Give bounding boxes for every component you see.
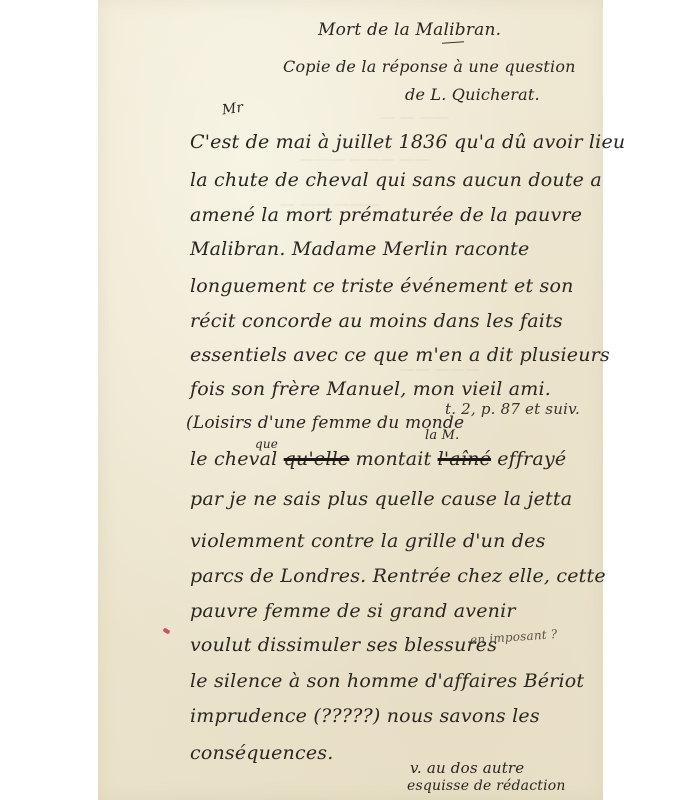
salutation: Mr xyxy=(221,100,244,119)
body-line: C'est de mai à juillet 1836 qu'a dû avoi… xyxy=(190,131,625,153)
body-line-fragment: le cheval xyxy=(190,448,284,470)
body-line: par je ne sais plus quelle cause la jett… xyxy=(190,488,572,510)
inserted-name: Bériot xyxy=(524,670,585,692)
body-line: essentiels avec ce que m'en a dit plusie… xyxy=(190,344,610,366)
body-line: la chute de cheval qui sans aucun doute … xyxy=(190,169,602,191)
footer-note: v. au dos autre xyxy=(410,759,524,777)
body-line: récit concorde au moins dans les faits xyxy=(190,310,563,332)
body-line: amené la mort prématurée de la pauvre xyxy=(190,204,582,226)
body-line: imprudence (?????) nous savons les xyxy=(190,705,540,727)
reference-annotation: t. 2, p. 87 et suiv. xyxy=(445,400,580,418)
body-line: parcs de Londres. Rentrée chez elle, cet… xyxy=(190,565,606,587)
body-line: voulut dissimuler ses blessures xyxy=(190,634,497,656)
body-line: violemment contre la grille d'un des xyxy=(190,530,546,552)
bleed-through-text: — — —— xyxy=(380,108,450,126)
body-line: (Loisirs d'une femme du monde xyxy=(186,413,464,433)
letter-title: Mort de la Malibran. xyxy=(318,20,501,40)
body-line: conséquences. xyxy=(190,742,333,764)
body-line-fragment: le silence à son homme d'affaires xyxy=(190,670,517,692)
body-line: le silence à son homme d'affaires Bériot xyxy=(190,670,584,692)
letter-subtitle: Copie de la réponse à une question xyxy=(283,57,576,76)
scan-frame: — — —— ——— ——— —— — —— ——— —— ——— Mort d… xyxy=(0,0,700,800)
struck-word: l'aîné xyxy=(438,448,491,470)
body-line-fragment: montait xyxy=(349,448,437,470)
body-line: longuement ce triste événement et son xyxy=(190,275,574,297)
struck-word: qu'elle xyxy=(284,448,350,470)
body-line: Malibran. Madame Merlin raconte xyxy=(190,238,529,260)
letter-subtitle-author: de L. Quicherat. xyxy=(405,85,540,104)
body-line-with-corrections: le cheval qu'elle montait l'aîné effrayé xyxy=(190,448,566,470)
body-line: pauvre femme de si grand avenir xyxy=(190,600,516,622)
interlinear-correction: la M. xyxy=(425,428,459,443)
body-line: fois son frère Manuel, mon vieil ami. xyxy=(190,378,551,400)
body-line-fragment: effrayé xyxy=(491,448,566,470)
footer-note: esquisse de rédaction xyxy=(407,778,566,794)
